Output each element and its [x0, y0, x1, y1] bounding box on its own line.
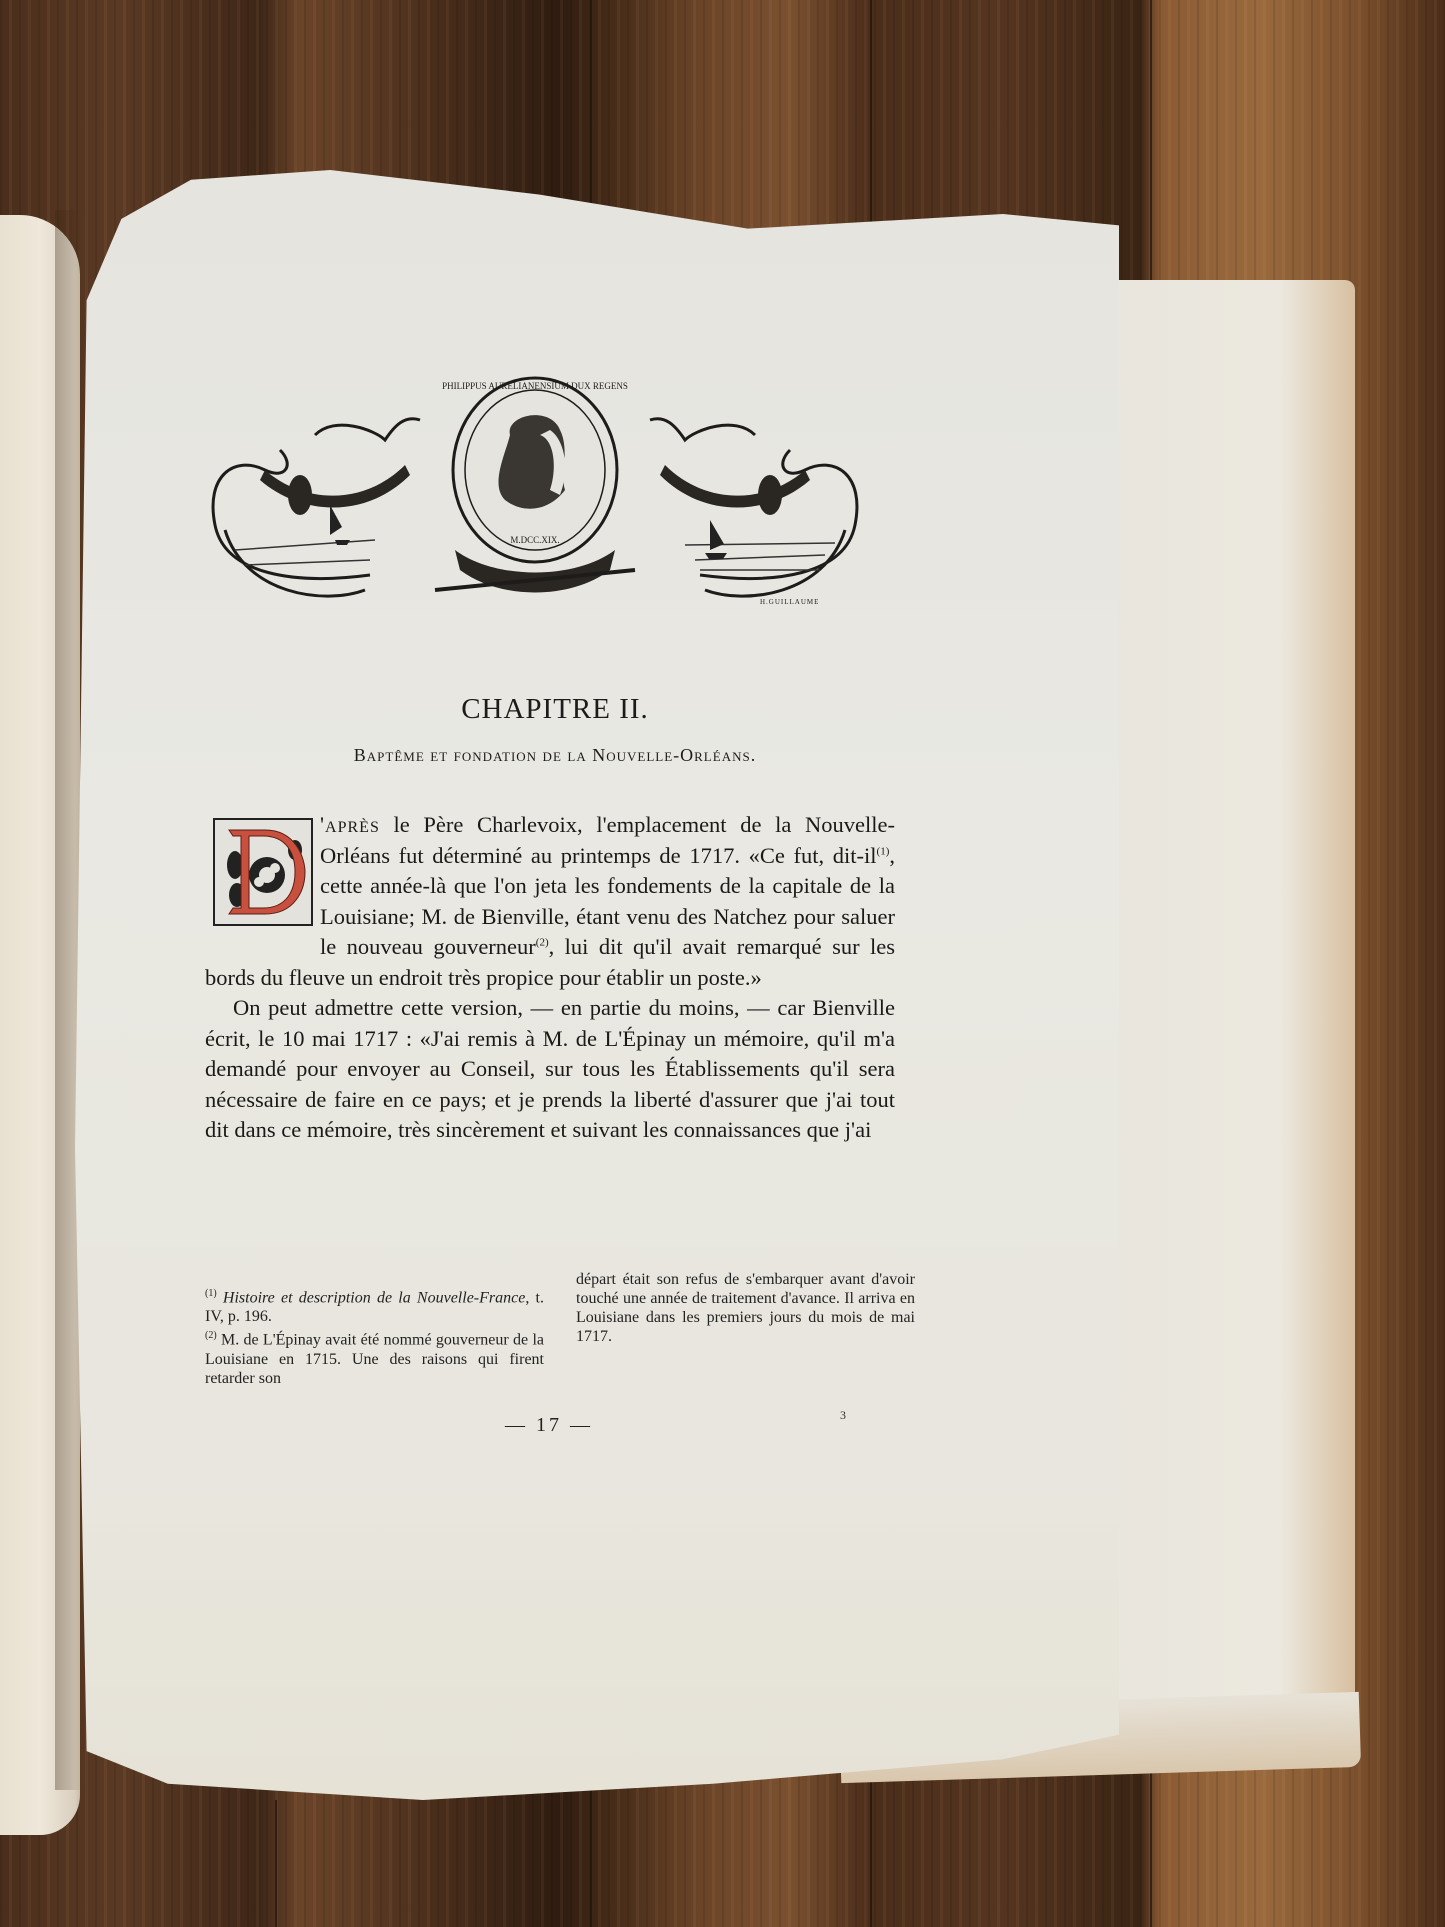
footnotes: (1) Histoire et description de la Nouvel…	[205, 1270, 915, 1388]
paragraph-1-text: le Père Charlevoix, l'emplacement de la …	[320, 812, 895, 868]
engraver-signature: H.GUILLAUME	[760, 598, 819, 606]
headpiece-ornament: PHILIPPUS AURELIANENSIUM DUX REGENS M.DC…	[205, 375, 865, 625]
paragraph-2: On peut admettre cette version, — en par…	[205, 993, 895, 1146]
footnote-2-text: M. de L'Épinay avait été nommé gouverneu…	[205, 1332, 544, 1387]
footnotes-column-right: départ était son refus de s'embarquer av…	[576, 1270, 915, 1388]
chapter-title: CHAPITRE II.	[205, 693, 905, 726]
footnote-1: (1) Histoire et description de la Nouvel…	[205, 1284, 544, 1326]
body-text: 'après le Père Charlevoix, l'emplacement…	[205, 810, 895, 1146]
chapter-subtitle: Baptême et fondation de la Nouvelle-Orlé…	[205, 745, 905, 766]
footnotes-column-left: (1) Histoire et description de la Nouvel…	[205, 1270, 544, 1388]
footnote-1-title: Histoire et description de la Nouvelle-F…	[223, 1289, 525, 1306]
signature-mark: 3	[840, 1408, 846, 1423]
medallion-legend: PHILIPPUS AURELIANENSIUM DUX REGENS	[442, 381, 628, 391]
medallion-date: M.DCC.XIX.	[510, 535, 559, 545]
footnote-2-continued: départ était son refus de s'embarquer av…	[576, 1270, 915, 1346]
footnote-1-number: (1)	[205, 1288, 217, 1299]
dropcap-lead: 'après	[320, 812, 380, 837]
paragraph-1: 'après le Père Charlevoix, l'emplacement…	[205, 810, 895, 993]
plank-seam	[275, 1800, 277, 1927]
footnote-ref-1[interactable]: (1)	[877, 845, 890, 857]
page-number: — 17 —	[505, 1414, 593, 1437]
back-page-edge	[1110, 280, 1355, 1750]
dropcap-space	[205, 810, 320, 960]
footnote-2-number: (2)	[205, 1330, 217, 1341]
footnote-ref-2[interactable]: (2)	[536, 937, 549, 949]
footnote-2: (2) M. de L'Épinay avait été nommé gouve…	[205, 1326, 544, 1387]
